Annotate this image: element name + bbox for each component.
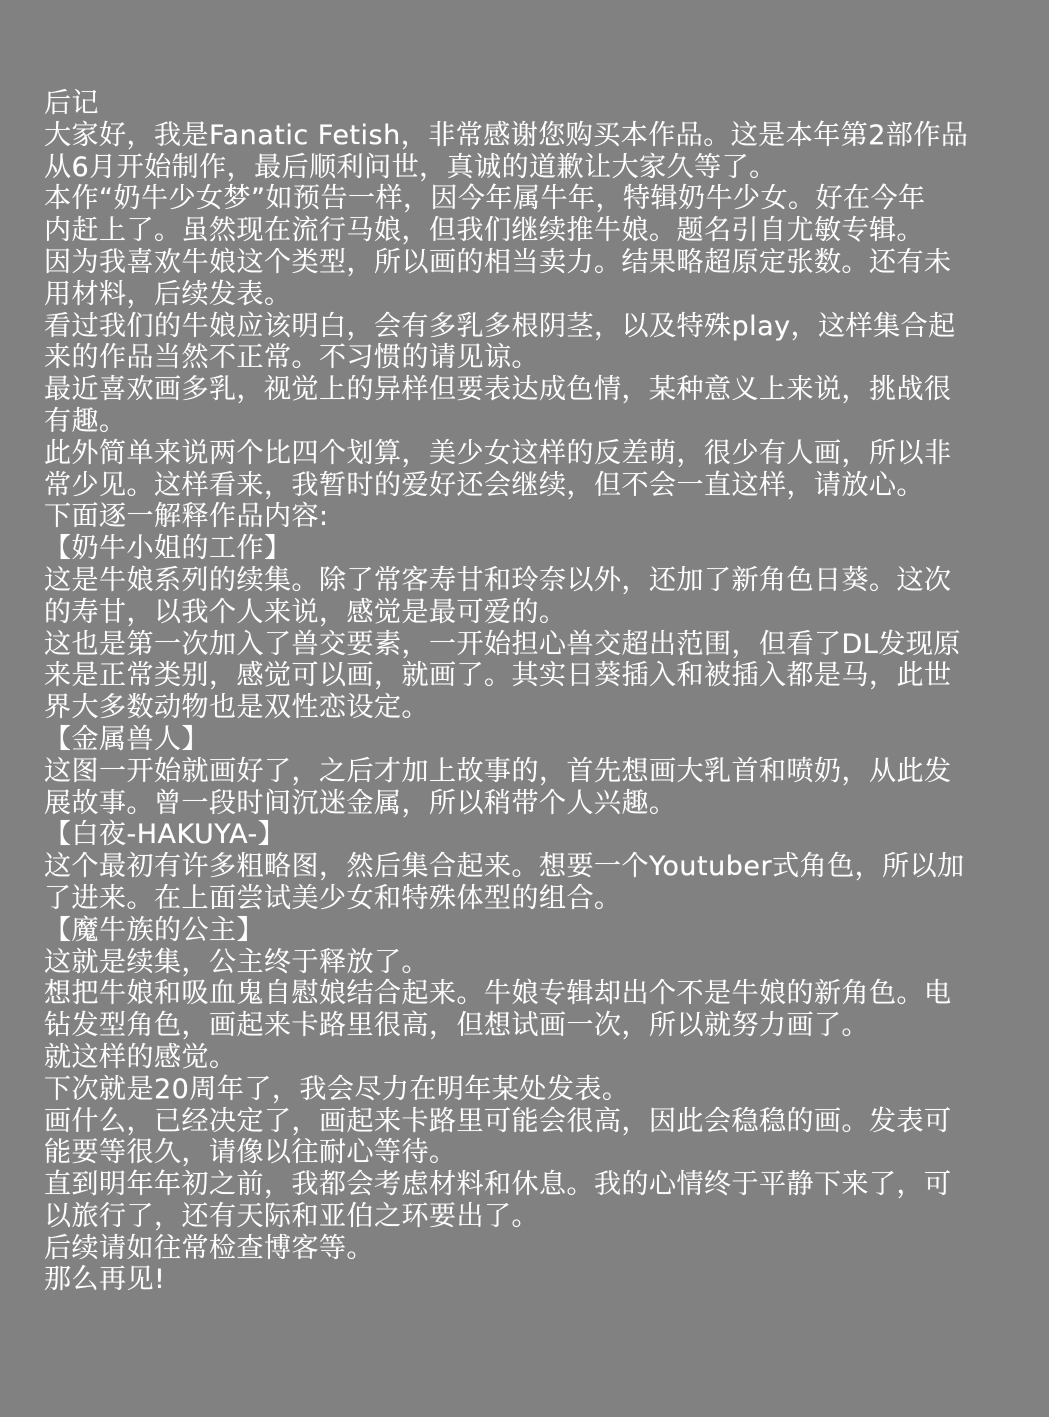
text-line: 有趣。	[44, 406, 1029, 438]
text-line: 用材料，后续发表。	[44, 279, 1029, 311]
text-line: 钻发型角色，画起来卡路里很高，但想试画一次，所以就努力画了。	[44, 1010, 1029, 1042]
text-line: 来是正常类别，感觉可以画，就画了。其实日葵插入和被插入都是马，此世	[44, 660, 1029, 692]
text-line: 看过我们的牛娘应该明白，会有多乳多根阴茎，以及特殊play，这样集合起	[44, 311, 1029, 343]
text-line: 那么再见!	[44, 1264, 1029, 1296]
text-line: 此外简单来说两个比四个划算，美少女这样的反差萌，很少有人画，所以非	[44, 438, 1029, 470]
text-line: 界大多数动物也是双性恋设定。	[44, 692, 1029, 724]
text-line: 这个最初有许多粗略图，然后集合起来。想要一个Youtuber式角色，所以加	[44, 851, 1029, 883]
text-line: 的寿甘，以我个人来说，感觉是最可爱的。	[44, 597, 1029, 629]
text-line: 这是牛娘系列的续集。除了常客寿甘和玲奈以外，还加了新角色日葵。这次	[44, 565, 1029, 597]
text-line: 画什么，已经决定了，画起来卡路里可能会很高，因此会稳稳的画。发表可	[44, 1106, 1029, 1138]
text-line: 因为我喜欢牛娘这个类型，所以画的相当卖力。结果略超原定张数。还有未	[44, 247, 1029, 279]
text-line: 来的作品当然不正常。不习惯的请见谅。	[44, 342, 1029, 374]
text-line: 这也是第一次加入了兽交要素，一开始担心兽交超出范围，但看了DL发现原	[44, 629, 1029, 661]
text-line: 内赶上了。虽然现在流行马娘，但我们继续推牛娘。题名引自尤敏专辑。	[44, 215, 1029, 247]
text-line: 直到明年年初之前，我都会考虑材料和休息。我的心情终于平静下来了，可	[44, 1169, 1029, 1201]
text-line: 想把牛娘和吸血鬼自慰娘结合起来。牛娘专辑却出个不是牛娘的新角色。电	[44, 978, 1029, 1010]
text-line: 后续请如往常检查博客等。	[44, 1233, 1029, 1265]
text-line: 下次就是20周年了，我会尽力在明年某处发表。	[44, 1074, 1029, 1106]
text-line: 以旅行了，还有天际和亚伯之环要出了。	[44, 1201, 1029, 1233]
text-line: 这就是续集，公主终于释放了。	[44, 947, 1029, 979]
text-line: 了进来。在上面尝试美少女和特殊体型的组合。	[44, 883, 1029, 915]
text-line: 最近喜欢画多乳，视觉上的异样但要表达成色情，某种意义上来说，挑战很	[44, 374, 1029, 406]
text-line: 从6月开始制作，最后顺利问世，真诚的道歉让大家久等了。	[44, 152, 1029, 184]
text-line: 常少见。这样看来，我暂时的爱好还会继续，但不会一直这样，请放心。	[44, 470, 1029, 502]
text-line: 大家好，我是Fanatic Fetish，非常感谢您购买本作品。这是本年第2部作…	[44, 120, 1029, 152]
text-line: 能要等很久，请像以往耐心等待。	[44, 1137, 1029, 1169]
text-line: 展故事。曾一段时间沉迷金属，所以稍带个人兴趣。	[44, 788, 1029, 820]
text-line: 这图一开始就画好了，之后才加上故事的，首先想画大乳首和喷奶，从此发	[44, 756, 1029, 788]
text-line: 【魔牛族的公主】	[44, 915, 1029, 947]
text-line: 【白夜-HAKUYA-】	[44, 819, 1029, 851]
text-line: 本作“奶牛少女梦”如预告一样，因今年属牛年，特辑奶牛少女。好在今年	[44, 183, 1029, 215]
afterword-page: 后记大家好，我是Fanatic Fetish，非常感谢您购买本作品。这是本年第2…	[44, 88, 1029, 1296]
afterword-text: 后记大家好，我是Fanatic Fetish，非常感谢您购买本作品。这是本年第2…	[44, 88, 1029, 1296]
text-line: 就这样的感觉。	[44, 1042, 1029, 1074]
afterword-heading: 后记	[44, 88, 1029, 120]
text-line: 【奶牛小姐的工作】	[44, 533, 1029, 565]
text-line: 下面逐一解释作品内容:	[44, 501, 1029, 533]
text-line: 【金属兽人】	[44, 724, 1029, 756]
